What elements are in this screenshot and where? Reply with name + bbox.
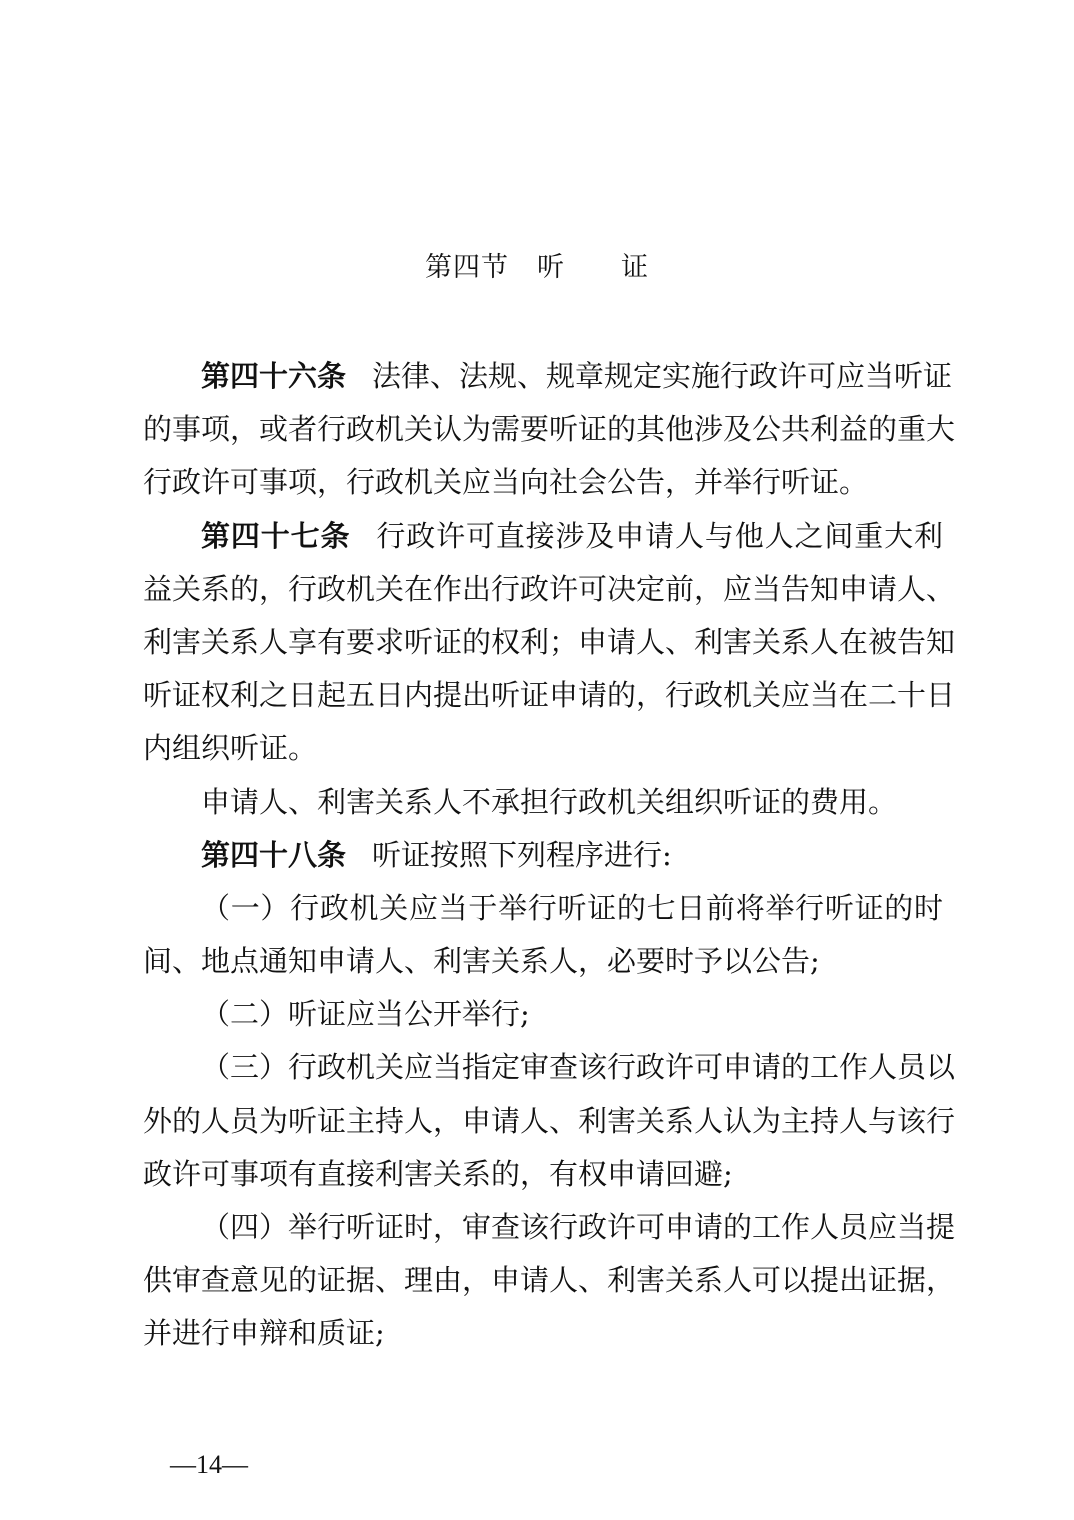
text-line: 行政许可事项，行政机关应当向社会公告，并举行听证。 bbox=[143, 456, 943, 509]
text-line: 益关系的，行政机关在作出行政许可决定前，应当告知申请人、 bbox=[143, 563, 943, 616]
page-number: —14— bbox=[170, 1450, 248, 1480]
text-line: （三）行政机关应当指定审查该行政许可申请的工作人员以 bbox=[143, 1041, 943, 1094]
text-line: （一）行政机关应当于举行听证的七日前将举行听证的时 bbox=[143, 882, 943, 935]
text-line: 利害关系人享有要求听证的权利；申请人、利害关系人在被告知 bbox=[143, 616, 943, 669]
article-label: 第四十八条 bbox=[201, 838, 346, 872]
section-title: 第四节 听 证 bbox=[0, 248, 1074, 288]
text-line: 第四十七条行政许可直接涉及申请人与他人之间重大利 bbox=[143, 510, 943, 563]
list-item-3: （三）行政机关应当指定审查该行政许可申请的工作人员以 外的人员为听证主持人，申请… bbox=[143, 1041, 943, 1201]
document-body: 第四十六条法律、法规、规章规定实施行政许可应当听证 的事项，或者行政机关认为需要… bbox=[143, 350, 943, 1361]
list-item-4: （四）举行听证时，审查该行政许可申请的工作人员应当提 供审查意见的证据、理由，申… bbox=[143, 1201, 943, 1361]
text-line: 第四十八条听证按照下列程序进行: bbox=[143, 829, 943, 882]
text-line: 第四十六条法律、法规、规章规定实施行政许可应当听证 bbox=[143, 350, 943, 403]
article-48: 第四十八条听证按照下列程序进行: bbox=[143, 829, 943, 882]
article-47-paragraph-2: 申请人、利害关系人不承担行政机关组织听证的费用。 bbox=[143, 776, 943, 829]
list-item-2: （二）听证应当公开举行; bbox=[143, 988, 943, 1041]
text-line: 听证权利之日起五日内提出听证申请的，行政机关应当在二十日 bbox=[143, 669, 943, 722]
article-label: 第四十七条 bbox=[201, 519, 350, 553]
article-label: 第四十六条 bbox=[201, 359, 346, 393]
article-46: 第四十六条法律、法规、规章规定实施行政许可应当听证 的事项，或者行政机关认为需要… bbox=[143, 350, 943, 510]
text-line: 政许可事项有直接利害关系的，有权申请回避; bbox=[143, 1148, 943, 1201]
text-line: 并进行申辩和质证; bbox=[143, 1307, 943, 1360]
text-line: 的事项，或者行政机关认为需要听证的其他涉及公共利益的重大 bbox=[143, 403, 943, 456]
text-line: 内组织听证。 bbox=[143, 722, 943, 775]
text-line: （二）听证应当公开举行; bbox=[143, 988, 943, 1041]
text-line: 间、地点通知申请人、利害关系人，必要时予以公告; bbox=[143, 935, 943, 988]
text-line: 申请人、利害关系人不承担行政机关组织听证的费用。 bbox=[143, 776, 943, 829]
text-line: 外的人员为听证主持人，申请人、利害关系人认为主持人与该行 bbox=[143, 1095, 943, 1148]
text-line: 供审查意见的证据、理由，申请人、利害关系人可以提出证据， bbox=[143, 1254, 943, 1307]
article-47: 第四十七条行政许可直接涉及申请人与他人之间重大利 益关系的，行政机关在作出行政许… bbox=[143, 510, 943, 776]
text-line: （四）举行听证时，审查该行政许可申请的工作人员应当提 bbox=[143, 1201, 943, 1254]
list-item-1: （一）行政机关应当于举行听证的七日前将举行听证的时 间、地点通知申请人、利害关系… bbox=[143, 882, 943, 988]
document-page: 第四节 听 证 第四十六条法律、法规、规章规定实施行政许可应当听证 的事项，或者… bbox=[0, 0, 1074, 1520]
